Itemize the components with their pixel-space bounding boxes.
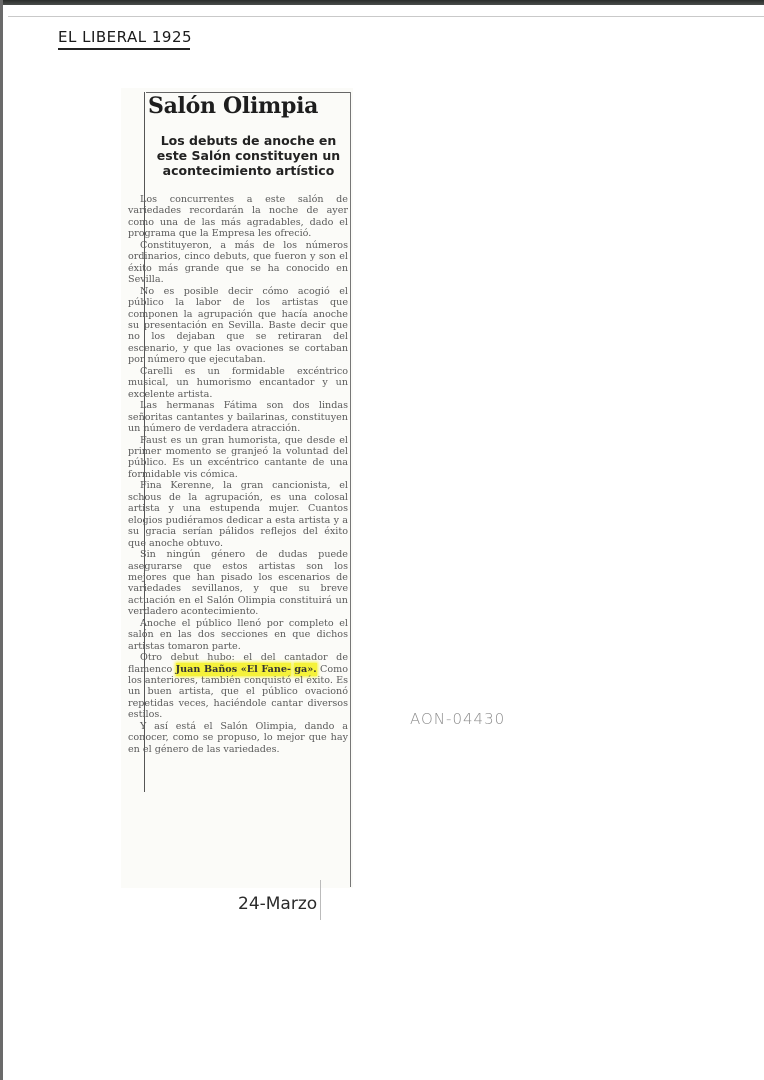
scan-left-edge xyxy=(0,0,3,1080)
paragraph: Faust es un gran humorista, que desde el… xyxy=(128,435,348,481)
paragraph: Carelli es un formidable excéntrico musi… xyxy=(128,366,348,400)
paragraph: Los concurrentes a este salón de varieda… xyxy=(128,194,348,240)
highlighted-name-continued: ga». xyxy=(294,663,316,676)
clipping-edge-mark xyxy=(320,880,321,920)
page-top-edge-line xyxy=(8,16,764,17)
paragraph: Fina Kerenne, la gran cancionista, el sc… xyxy=(128,480,348,549)
paragraph: Anoche el público llenó por completo el … xyxy=(128,618,348,652)
reference-code: AON-04430 xyxy=(410,710,505,728)
paragraph: Constituyeron, a más de los números ordi… xyxy=(128,240,348,286)
clipping-border-right xyxy=(350,92,351,887)
paragraph: Y así está el Salón Olimpia, dando a con… xyxy=(128,721,348,755)
highlighted-name: Juan Baños «El Fane- xyxy=(176,663,291,676)
clipping-body: Los concurrentes a este salón de varieda… xyxy=(128,194,348,755)
paragraph: No es posible decir cómo acogió el públi… xyxy=(128,286,348,366)
clipping-headline: Salón Olimpia xyxy=(148,93,353,119)
handwritten-header: EL LIBERAL 1925 xyxy=(58,28,192,46)
handwritten-date: 24-Marzo xyxy=(238,894,317,914)
scan-top-edge xyxy=(0,0,764,5)
paragraph: Las hermanas Fátima son dos lindas señor… xyxy=(128,400,348,434)
header-underline xyxy=(58,48,190,50)
highlighted-paragraph: Otro debut hubo: el del cantador de flam… xyxy=(128,652,348,721)
clipping-subheadline: Los debuts de anoche en este Salón const… xyxy=(146,133,351,178)
paragraph: Sin ningún género de dudas puede asegura… xyxy=(128,549,348,618)
